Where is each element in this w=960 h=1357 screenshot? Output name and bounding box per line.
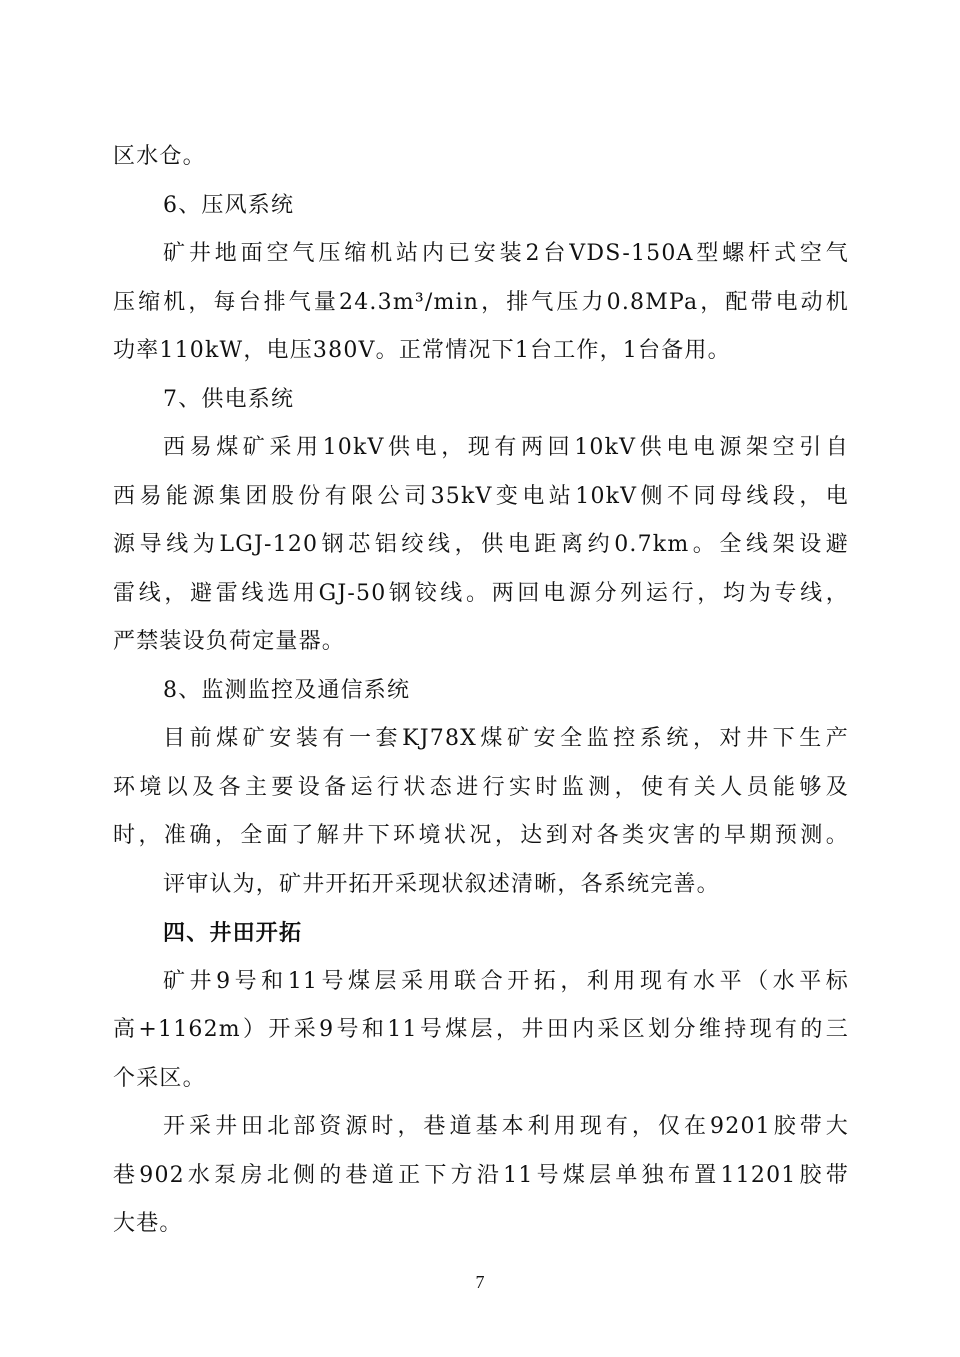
paragraph-line: 巷902水泵房北侧的巷道正下方沿11号煤层单独布置11201胶带 <box>113 1152 849 1201</box>
review-conclusion: 评审认为，矿井开拓开采现状叙述清晰，各系统完善。 <box>113 861 849 910</box>
paragraph-line: 功率110kW，电压380V。正常情况下1台工作，1台备用。 <box>113 327 849 376</box>
paragraph-line: 严禁装设负荷定量器。 <box>113 618 849 667</box>
paragraph-line: 环境以及各主要设备运行状态进行实时监测，使有关人员能够及 <box>113 764 849 813</box>
document-page: 区水仓。 6、压风系统 矿井地面空气压缩机站内已安装2台VDS-150A型螺杆式… <box>113 133 849 1249</box>
paragraph-line: 时，准确，全面了解井下环境状况，达到对各类灾害的早期预测。 <box>113 812 849 861</box>
paragraph-line: 雷线，避雷线选用GJ-50钢铰线。两回电源分列运行，均为专线， <box>113 570 849 619</box>
section-heading-monitoring: 8、监测监控及通信系统 <box>113 667 849 716</box>
paragraph-line: 矿井地面空气压缩机站内已安装2台VDS-150A型螺杆式空气 <box>113 230 849 279</box>
paragraph-line: 西易能源集团股份有限公司35kV变电站10kV侧不同母线段，电 <box>113 473 849 522</box>
section-heading-power-supply: 7、供电系统 <box>113 376 849 425</box>
paragraph-line: 开采井田北部资源时，巷道基本利用现有，仅在9201胶带大 <box>113 1103 849 1152</box>
page-number: 7 <box>0 1272 960 1293</box>
paragraph-line: 大巷。 <box>113 1200 849 1249</box>
paragraph-line: 压缩机，每台排气量24.3m³/min，排气压力0.8MPa，配带电动机 <box>113 279 849 328</box>
paragraph-line: 矿井9号和11号煤层采用联合开拓，利用现有水平（水平标 <box>113 958 849 1007</box>
text-line: 区水仓。 <box>113 133 849 182</box>
paragraph-line: 源导线为LGJ-120钢芯铝绞线，供电距离约0.7km。全线架设避 <box>113 521 849 570</box>
section-heading-compressed-air: 6、压风系统 <box>113 182 849 231</box>
paragraph-line: 个采区。 <box>113 1055 849 1104</box>
paragraph-line: 西易煤矿采用10kV供电，现有两回10kV供电电源架空引自 <box>113 424 849 473</box>
chapter-heading-field-development: 四、井田开拓 <box>113 909 849 958</box>
paragraph-line: 高+1162m）开采9号和11号煤层，井田内采区划分维持现有的三 <box>113 1006 849 1055</box>
paragraph-line: 目前煤矿安装有一套KJ78X煤矿安全监控系统，对井下生产 <box>113 715 849 764</box>
